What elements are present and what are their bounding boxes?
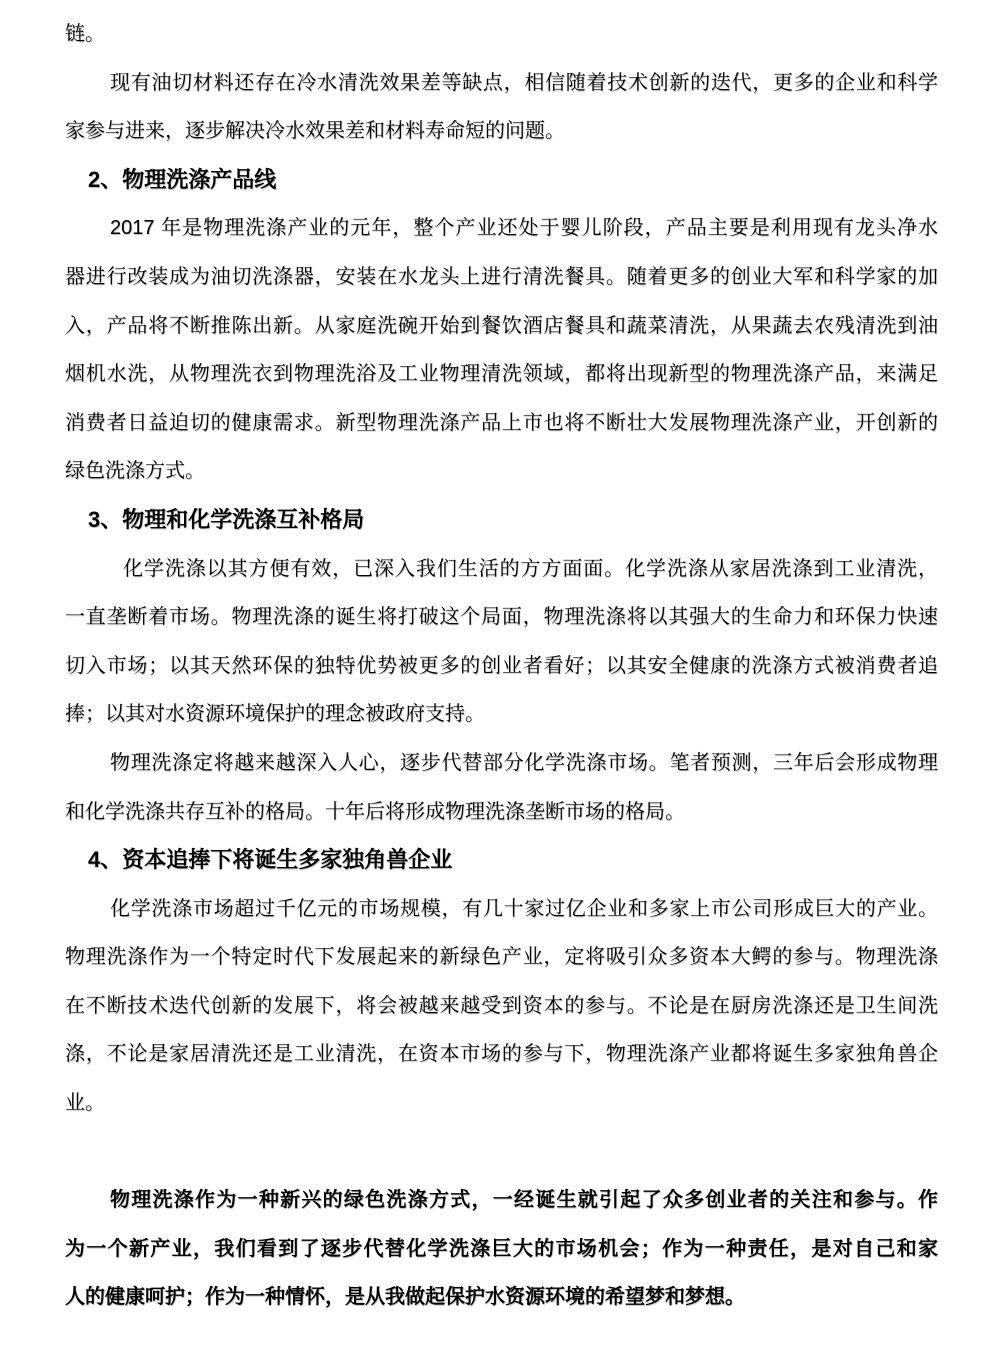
paragraph-product-line: 2017 年是物理洗涤产业的元年，整个产业还处于婴儿阶段，产品主要是利用现有龙头… (65, 204, 938, 496)
document-line: 化学洗涤以其方便有效，已深入我们生活的方方面面。化学洗涤从家居洗涤到工业清洗， (65, 545, 938, 594)
document-line: 物理洗涤作为一个特定时代下发展起来的新绿色产业，定将吸引众多资本大鳄的参与。物理… (65, 933, 938, 982)
document-line: 烟机水洗，从物理洗衣到物理洗浴及工业物理清洗领域，都将出现新型的物理洗涤产品，来… (65, 350, 938, 399)
bold-summary-paragraph: 物理洗涤作为一种新兴的绿色洗涤方式，一经诞生就引起了众多创业者的关注和参与。作 … (65, 1176, 938, 1322)
document-line: 捧；以其对水资源环境保护的理念被政府支持。 (65, 690, 938, 739)
continuation-paragraph: 链。 (65, 10, 938, 59)
document-line: 为一个新产业，我们看到了逐步代替化学洗涤巨大的市场机会；作为一种责任，是对自己和… (65, 1225, 938, 1274)
section-heading-3: 3、物理和化学洗涤互补格局 (65, 496, 938, 545)
document-line: 现有油切材料还存在冷水清洗效果差等缺点，相信随着技术创新的迭代，更多的企业和科学 (65, 59, 938, 108)
document-line: 业。 (65, 1079, 938, 1128)
document-line: 器进行改装成为油切洗涤器，安装在水龙头上进行清洗餐具。随着更多的创业大军和科学家… (65, 253, 938, 302)
document-line: 化学洗涤市场超过千亿元的市场规模，有几十家过亿企业和多家上市公司形成巨大的产业。 (65, 885, 938, 934)
document-line: 切入市场；以其天然环保的独特优势被更多的创业者看好；以其安全健康的洗涤方式被消费… (65, 642, 938, 691)
document-line: 在不断技术迭代创新的发展下，将会被越来越受到资本的参与。不论是在厨房洗涤还是卫生… (65, 982, 938, 1031)
paragraph-prediction: 物理洗涤定将越来越深入人心，逐步代替部分化学洗涤市场。笔者预测，三年后会形成物理… (65, 739, 938, 836)
document-line: 消费者日益迫切的健康需求。新型物理洗涤产品上市也将不断壮大发展物理洗涤产业，开创… (65, 399, 938, 448)
document-line: 链。 (65, 10, 938, 59)
paragraph-chemical-vs-physical: 化学洗涤以其方便有效，已深入我们生活的方方面面。化学洗涤从家居洗涤到工业清洗， … (65, 545, 938, 739)
document-line: 物理洗涤定将越来越深入人心，逐步代替部分化学洗涤市场。笔者预测，三年后会形成物理 (65, 739, 938, 788)
document-line: 一直垄断着市场。物理洗涤的诞生将打破这个局面，物理洗涤将以其强大的生命力和环保力… (65, 593, 938, 642)
document-line: 绿色洗涤方式。 (65, 447, 938, 496)
paragraph-material-defects: 现有油切材料还存在冷水清洗效果差等缺点，相信随着技术创新的迭代，更多的企业和科学… (65, 59, 938, 156)
blank-line (65, 1128, 938, 1177)
section-heading-4: 4、资本追捧下将诞生多家独角兽企业 (65, 836, 938, 885)
document-line: 人的健康呵护；作为一种情怀，是从我做起保护水资源环境的希望梦和梦想。 (65, 1273, 938, 1322)
document-line: 入，产品将不断推陈出新。从家庭洗碗开始到餐饮酒店餐具和蔬菜清洗，从果蔬去农残清洗… (65, 302, 938, 351)
document-line: 涤，不论是家居清洗还是工业清洗，在资本市场的参与下，物理洗涤产业都将诞生多家独角… (65, 1030, 938, 1079)
document-line: 2017 年是物理洗涤产业的元年，整个产业还处于婴儿阶段，产品主要是利用现有龙头… (65, 204, 938, 253)
document-line: 和化学洗涤共存互补的格局。十年后将形成物理洗涤垄断市场的格局。 (65, 788, 938, 837)
document-line: 物理洗涤作为一种新兴的绿色洗涤方式，一经诞生就引起了众多创业者的关注和参与。作 (65, 1176, 938, 1225)
section-heading-2: 2、物理洗涤产品线 (65, 156, 938, 205)
document-line: 家参与进来，逐步解决冷水效果差和材料寿命短的问题。 (65, 107, 938, 156)
document-page: 链。 现有油切材料还存在冷水清洗效果差等缺点，相信随着技术创新的迭代，更多的企业… (0, 0, 1000, 1368)
paragraph-capital: 化学洗涤市场超过千亿元的市场规模，有几十家过亿企业和多家上市公司形成巨大的产业。… (65, 885, 938, 1128)
